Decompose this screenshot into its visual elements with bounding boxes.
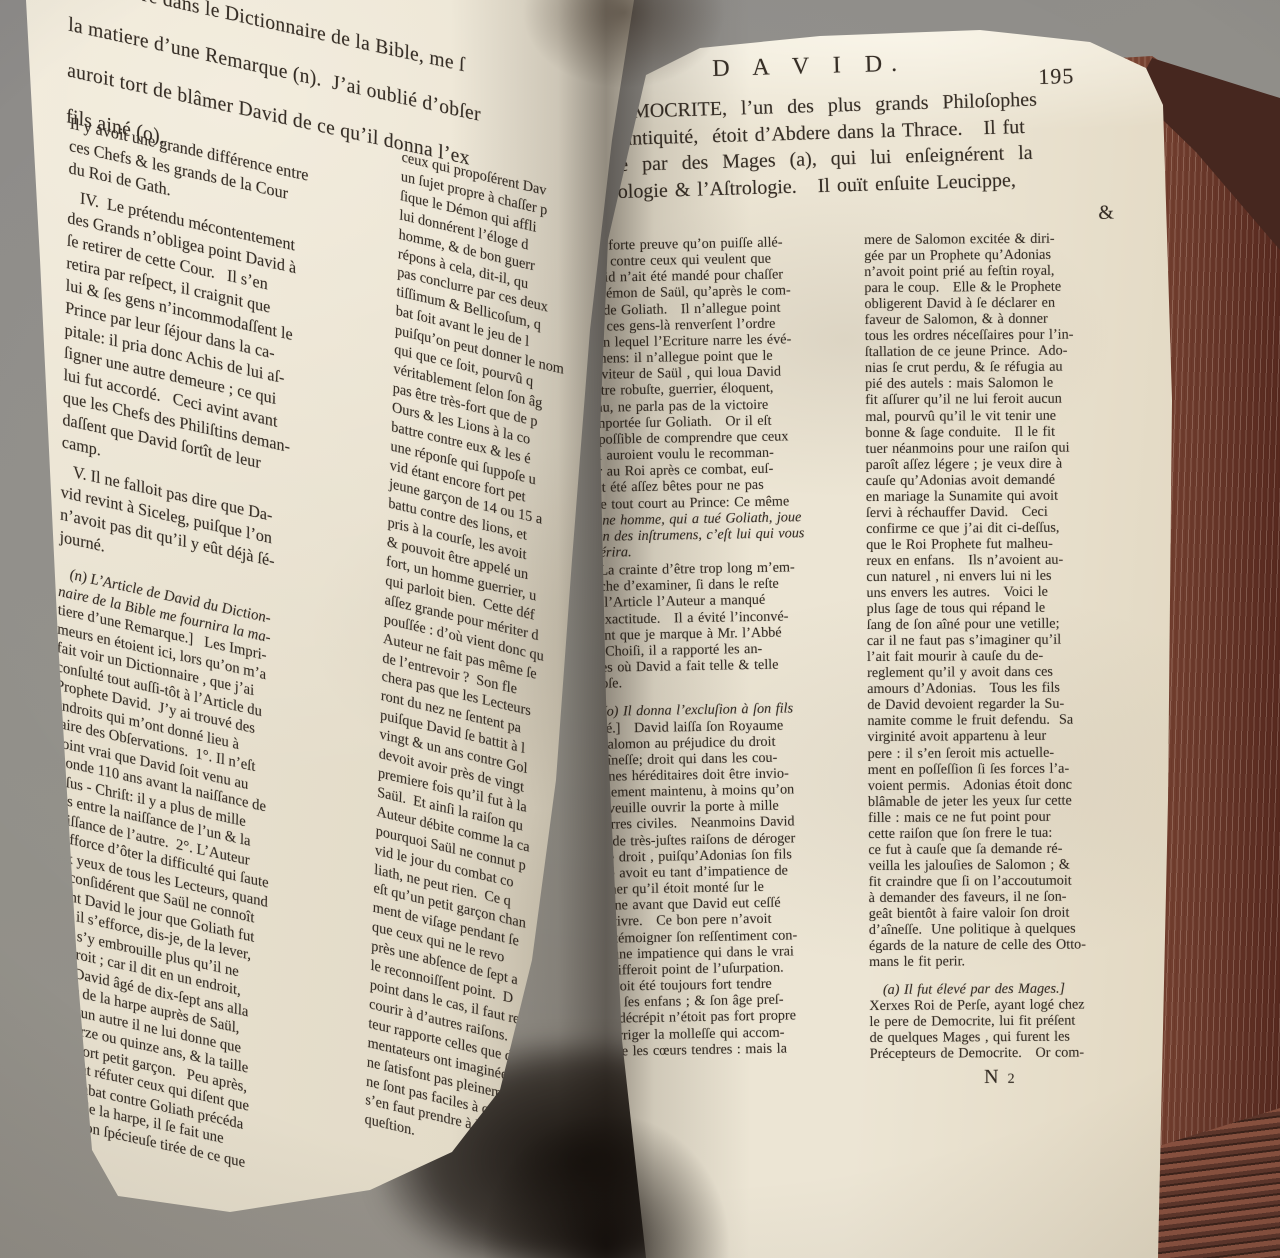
signature-letter: N bbox=[984, 1066, 1001, 1088]
signature-mark: N 2 bbox=[984, 1066, 1017, 1089]
col2-paragraph: mere de Salomon excitée & diri- gée par … bbox=[864, 230, 1163, 970]
col1-paragraph-2: La crainte d’être trop long m’em- pêche … bbox=[586, 558, 870, 692]
col2-note-text: Xerxes Roi de Perſe, ayant logé chez le … bbox=[869, 996, 1163, 1062]
right-page-column-two: mere de Salomon excitée & diri- gée par … bbox=[864, 230, 1164, 1062]
article-intro-text: DEMOCRITE, l’un des plus grands Philoſop… bbox=[584, 87, 1040, 206]
right-page-column-one: plus forte preuve qu’on puiſſe allé- gue… bbox=[580, 233, 876, 1060]
intro-catchword: & bbox=[1098, 202, 1114, 225]
page-number: 195 bbox=[1038, 63, 1075, 90]
running-title: D A V I D. bbox=[712, 51, 906, 83]
col1-quote: jeune homme, qui a tué Goliath, joue bie… bbox=[585, 508, 868, 561]
signature-number: 2 bbox=[1007, 1072, 1016, 1087]
col1-note-text: aîné.] David laiſſa ſon Royaume à Salomo… bbox=[588, 716, 876, 1060]
col1-paragraph: plus forte preuve qu’on puiſſe allé- gue… bbox=[580, 233, 867, 513]
book-photo: re dans le Dictionnaire de la Bible, me … bbox=[0, 0, 1280, 1258]
